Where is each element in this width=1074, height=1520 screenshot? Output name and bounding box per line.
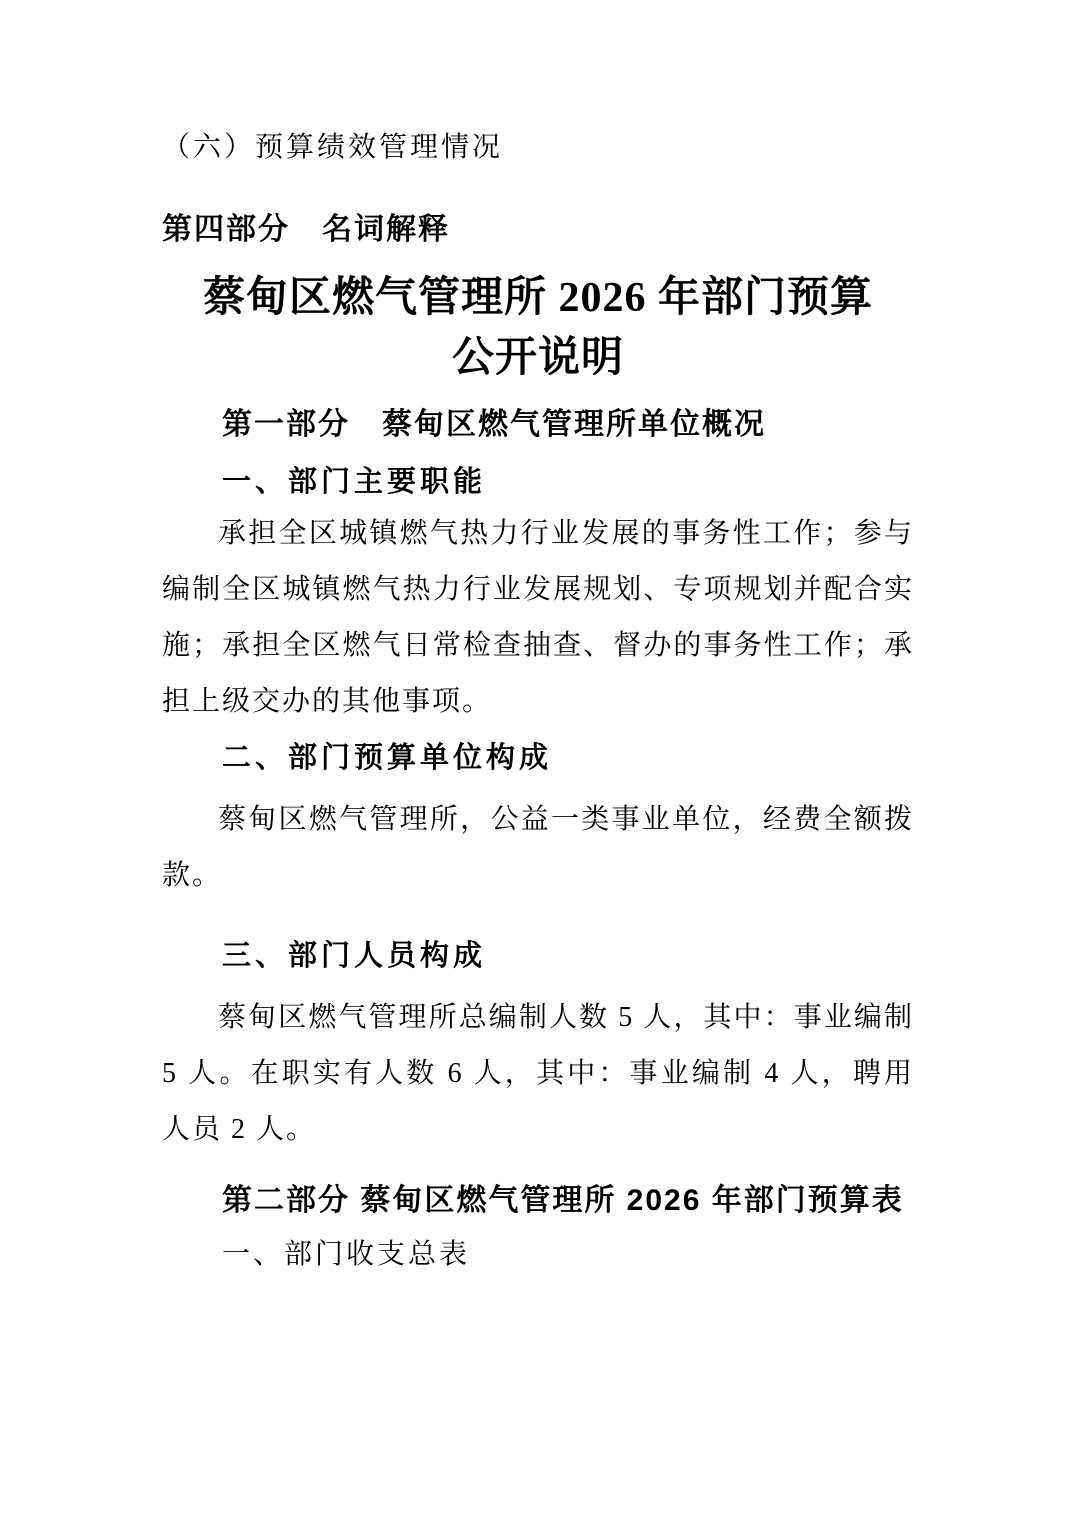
part1-sub1-paragraph: 承担全区城镇燃气热力行业发展的事务性工作；参与编制全区城镇燃气热力行业发展规划、… xyxy=(162,506,914,730)
document-title-line1: 蔡甸区燃气管理所 2026 年部门预算 xyxy=(162,268,914,328)
part1-sub2-heading: 二、部门预算单位构成 xyxy=(162,738,914,778)
part1-heading: 第一部分 蔡甸区燃气管理所单位概况 xyxy=(162,404,914,446)
document-title: 蔡甸区燃气管理所 2026 年部门预算 公开说明 xyxy=(162,268,914,388)
toc-item-six: （六）预算绩效管理情况 xyxy=(162,130,914,166)
document-page: （六）预算绩效管理情况 第四部分 名词解释 蔡甸区燃气管理所 2026 年部门预… xyxy=(0,0,1074,1520)
part4-heading: 第四部分 名词解释 xyxy=(162,210,914,250)
part1-sub3-heading: 三、部门人员构成 xyxy=(162,936,914,976)
part1-sub2-paragraph: 蔡甸区燃气管理所，公益一类事业单位，经费全额拨款。 xyxy=(162,792,914,904)
document-title-line2: 公开说明 xyxy=(162,328,914,388)
part2-heading: 第二部分 蔡甸区燃气管理所 2026 年部门预算表 xyxy=(162,1180,914,1222)
part1-sub3-paragraph: 蔡甸区燃气管理所总编制人数 5 人，其中：事业编制 5 人。在职实有人数 6 人… xyxy=(162,990,914,1158)
part1-sub1-heading: 一、部门主要职能 xyxy=(162,462,914,502)
part2-sub1-heading: 一、部门收支总表 xyxy=(162,1236,914,1274)
